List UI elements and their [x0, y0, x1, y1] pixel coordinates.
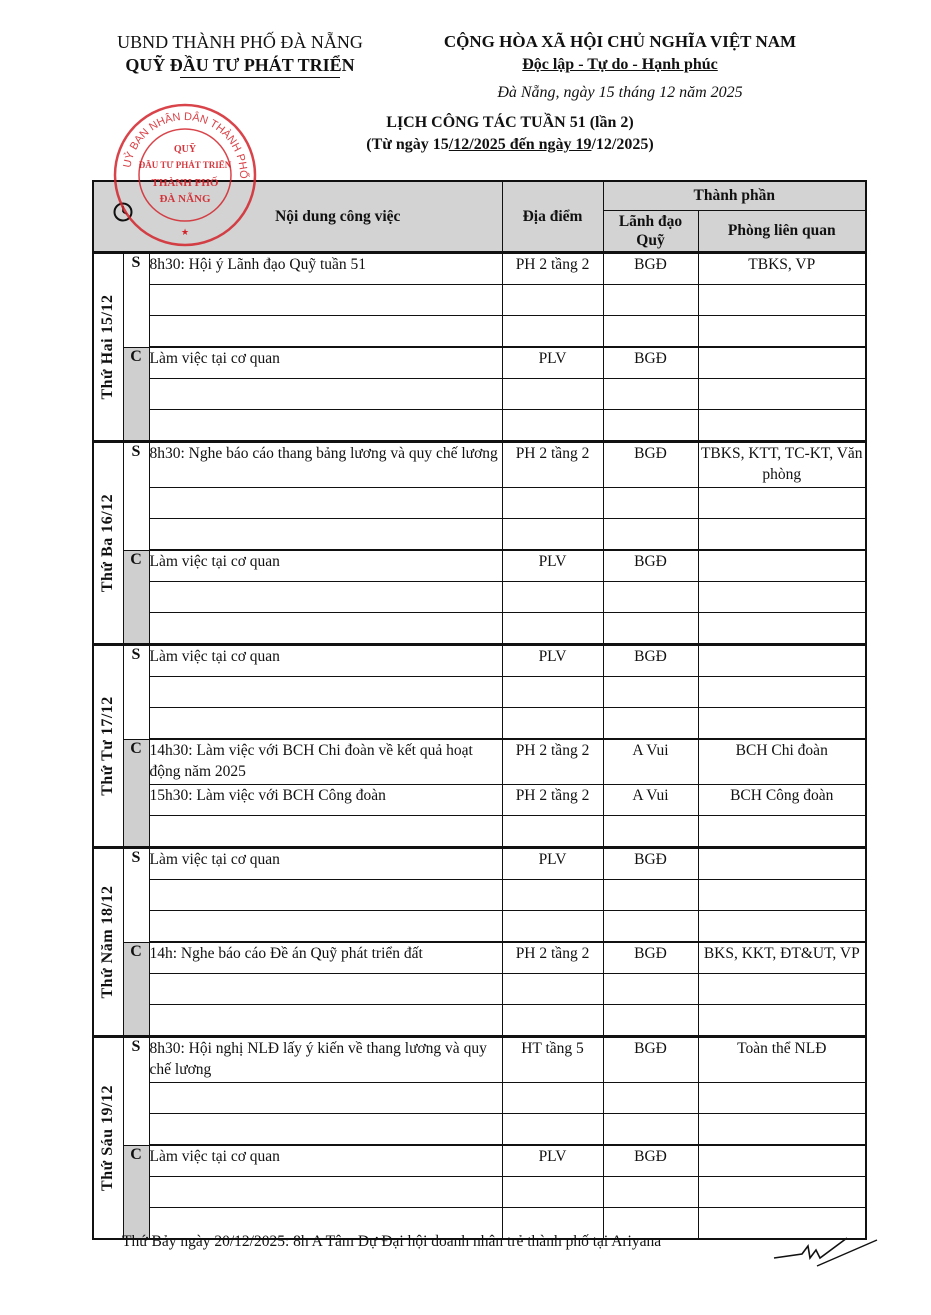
session-morning: S	[123, 848, 149, 943]
task-leader: A Vui	[603, 739, 698, 785]
table-row: Thứ Tư 17/12SLàm việc tại cơ quanPLVBGĐ	[93, 645, 866, 677]
task-content: Làm việc tại cơ quan	[149, 1145, 502, 1177]
saturday-note: Thứ Bảy ngày 20/12/2025: 8h A Tâm Dự Đại…	[122, 1233, 661, 1251]
task-leader: BGĐ	[603, 1037, 698, 1083]
org-underline	[180, 77, 340, 78]
table-row	[93, 1114, 866, 1146]
table-row	[93, 285, 866, 316]
task-related	[698, 613, 866, 645]
session-morning: S	[123, 442, 149, 551]
table-row	[93, 613, 866, 645]
task-content: Làm việc tại cơ quan	[149, 550, 502, 582]
org-name: QUỸ ĐẦU TƯ PHÁT TRIỂN	[60, 54, 420, 76]
task-location	[502, 379, 603, 410]
national-title: CỘNG HÒA XÃ HỘI CHỦ NGHĨA VIỆT NAM	[420, 30, 820, 54]
table-row	[93, 582, 866, 613]
task-related	[698, 911, 866, 943]
table-row: Thứ Sáu 19/12S8h30: Hội nghị NLĐ lấy ý k…	[93, 1037, 866, 1083]
task-related	[698, 582, 866, 613]
task-content: 14h: Nghe báo cáo Đề án Quỹ phát triển đ…	[149, 942, 502, 974]
svg-text:UỶ BAN NHÂN DÂN THÀNH PHỐ ĐÀ N: UỶ BAN NHÂN DÂN THÀNH PHỐ ĐÀ NẴNG	[110, 100, 251, 179]
task-related: Toàn thể NLĐ	[698, 1037, 866, 1083]
task-location	[502, 677, 603, 708]
task-location: HT tầng 5	[502, 1037, 603, 1083]
task-leader	[603, 582, 698, 613]
header-content: Nội dung công việc	[93, 181, 502, 253]
table-row	[93, 1177, 866, 1208]
table-row	[93, 379, 866, 410]
table-row: 15h30: Làm việc với BCH Công đoànPH 2 tầ…	[93, 785, 866, 816]
parent-org: UBND THÀNH PHỐ ĐÀ NẴNG	[60, 30, 420, 54]
table-row: C14h30: Làm việc với BCH Chi đoàn về kết…	[93, 739, 866, 785]
header-leader: Lãnh đạo Quỹ	[603, 211, 698, 253]
session-afternoon: C	[123, 942, 149, 1037]
table-row	[93, 911, 866, 943]
header-location: Địa điểm	[502, 181, 603, 253]
task-content: 8h30: Nghe báo cáo thang bảng lương và q…	[149, 442, 502, 488]
task-related: BCH Chi đoàn	[698, 739, 866, 785]
task-leader: BGĐ	[603, 442, 698, 488]
task-leader	[603, 911, 698, 943]
task-location	[502, 613, 603, 645]
task-location	[502, 1177, 603, 1208]
task-leader: BGĐ	[603, 848, 698, 880]
session-afternoon: C	[123, 739, 149, 848]
table-row: CLàm việc tại cơ quanPLVBGĐ	[93, 550, 866, 582]
place-date: Đà Nẵng, ngày 15 tháng 12 năm 2025	[420, 80, 820, 106]
task-content	[149, 1083, 502, 1114]
task-leader: BGĐ	[603, 1145, 698, 1177]
day-label: Thứ Ba 16/12	[93, 442, 123, 645]
table-row: C14h: Nghe báo cáo Đề án Quỹ phát triển …	[93, 942, 866, 974]
task-related	[698, 488, 866, 519]
task-location: PLV	[502, 645, 603, 677]
task-location	[502, 880, 603, 911]
task-content: 8h30: Hội nghị NLĐ lấy ý kiến về thang l…	[149, 1037, 502, 1083]
task-related	[698, 379, 866, 410]
task-leader	[603, 708, 698, 740]
task-content	[149, 1005, 502, 1037]
task-location: PLV	[502, 848, 603, 880]
task-location	[502, 974, 603, 1005]
document-title: LỊCH CÔNG TÁC TUẦN 51 (lần 2) (Từ ngày 1…	[260, 112, 760, 156]
task-location	[502, 911, 603, 943]
task-content	[149, 410, 502, 442]
task-location: PLV	[502, 347, 603, 379]
task-leader	[603, 974, 698, 1005]
task-leader	[603, 316, 698, 348]
task-location: PH 2 tầng 2	[502, 739, 603, 785]
task-content	[149, 379, 502, 410]
task-location: PH 2 tầng 2	[502, 942, 603, 974]
task-location	[502, 488, 603, 519]
task-location	[502, 582, 603, 613]
table-row	[93, 677, 866, 708]
session-morning: S	[123, 253, 149, 348]
table-row: Thứ Hai 15/12S8h30: Hội ý Lãnh đạo Quỹ t…	[93, 253, 866, 285]
task-location: PH 2 tầng 2	[502, 785, 603, 816]
task-related	[698, 285, 866, 316]
task-content	[149, 613, 502, 645]
task-leader: BGĐ	[603, 645, 698, 677]
task-content	[149, 285, 502, 316]
task-related: TBKS, VP	[698, 253, 866, 285]
task-leader	[603, 1083, 698, 1114]
task-leader: A Vui	[603, 785, 698, 816]
task-related	[698, 1083, 866, 1114]
table-row	[93, 316, 866, 348]
task-related	[698, 880, 866, 911]
session-afternoon: C	[123, 1145, 149, 1239]
task-leader	[603, 677, 698, 708]
task-location	[502, 1005, 603, 1037]
task-related	[698, 519, 866, 551]
task-content	[149, 677, 502, 708]
table-row	[93, 1083, 866, 1114]
task-content: 15h30: Làm việc với BCH Công đoàn	[149, 785, 502, 816]
task-location: PLV	[502, 1145, 603, 1177]
task-content	[149, 816, 502, 848]
table-row	[93, 816, 866, 848]
task-leader	[603, 1114, 698, 1146]
schedule-table: Nội dung công việc Địa điểm Thành phần L…	[92, 180, 867, 1240]
task-content: Làm việc tại cơ quan	[149, 645, 502, 677]
schedule-range: (Từ ngày 15/12/2025 đến ngày 19/12/2025)	[260, 134, 760, 156]
task-content	[149, 974, 502, 1005]
session-morning: S	[123, 1037, 149, 1146]
national-motto: Độc lập - Tự do - Hạnh phúc	[420, 54, 820, 76]
task-location	[502, 410, 603, 442]
task-related: TBKS, KTT, TC-KT, Văn phòng	[698, 442, 866, 488]
table-row	[93, 410, 866, 442]
table-row	[93, 974, 866, 1005]
task-location	[502, 1083, 603, 1114]
task-related	[698, 677, 866, 708]
task-leader	[603, 488, 698, 519]
task-related: BKS, KKT, ĐT&UT, VP	[698, 942, 866, 974]
day-label: Thứ Hai 15/12	[93, 253, 123, 442]
task-related: BCH Công đoàn	[698, 785, 866, 816]
task-location	[502, 1114, 603, 1146]
task-leader	[603, 379, 698, 410]
table-row	[93, 488, 866, 519]
task-content	[149, 582, 502, 613]
day-label: Thứ Sáu 19/12	[93, 1037, 123, 1240]
national-header: CỘNG HÒA XÃ HỘI CHỦ NGHĨA VIỆT NAM Độc l…	[420, 30, 820, 106]
task-leader	[603, 519, 698, 551]
task-location	[502, 519, 603, 551]
task-location: PH 2 tầng 2	[502, 442, 603, 488]
task-related	[698, 708, 866, 740]
svg-text:ĐẦU TƯ PHÁT TRIỂN: ĐẦU TƯ PHÁT TRIỂN	[139, 160, 232, 170]
table-row	[93, 519, 866, 551]
table-row	[93, 1005, 866, 1037]
task-content	[149, 519, 502, 551]
table-row: Thứ Ba 16/12S8h30: Nghe báo cáo thang bả…	[93, 442, 866, 488]
task-location	[502, 816, 603, 848]
task-content	[149, 880, 502, 911]
task-related	[698, 1114, 866, 1146]
table-row: Thứ Năm 18/12SLàm việc tại cơ quanPLVBGĐ	[93, 848, 866, 880]
task-location: PLV	[502, 550, 603, 582]
task-leader: BGĐ	[603, 347, 698, 379]
task-leader: BGĐ	[603, 942, 698, 974]
task-related	[698, 410, 866, 442]
task-related	[698, 1005, 866, 1037]
table-row	[93, 708, 866, 740]
task-related	[698, 974, 866, 1005]
task-related	[698, 550, 866, 582]
task-leader	[603, 816, 698, 848]
header-related: Phòng liên quan	[698, 211, 866, 253]
day-label: Thứ Tư 17/12	[93, 645, 123, 848]
schedule-title: LỊCH CÔNG TÁC TUẦN 51 (lần 2)	[260, 112, 760, 134]
task-content	[149, 488, 502, 519]
session-afternoon: C	[123, 347, 149, 442]
task-related	[698, 347, 866, 379]
task-content	[149, 1177, 502, 1208]
task-leader	[603, 1177, 698, 1208]
task-related	[698, 316, 866, 348]
task-content	[149, 708, 502, 740]
task-content: Làm việc tại cơ quan	[149, 848, 502, 880]
task-location	[502, 285, 603, 316]
task-leader: BGĐ	[603, 253, 698, 285]
org-header: UBND THÀNH PHỐ ĐÀ NẴNG QUỸ ĐẦU TƯ PHÁT T…	[60, 30, 420, 78]
task-related	[698, 848, 866, 880]
task-content	[149, 316, 502, 348]
task-location	[502, 316, 603, 348]
task-content: 14h30: Làm việc với BCH Chi đoàn về kết …	[149, 739, 502, 785]
task-leader	[603, 285, 698, 316]
task-related	[698, 816, 866, 848]
session-morning: S	[123, 645, 149, 740]
task-leader: BGĐ	[603, 550, 698, 582]
signature	[772, 1228, 882, 1268]
task-location	[502, 708, 603, 740]
svg-text:QUỸ: QUỸ	[174, 143, 197, 155]
clock-icon	[113, 202, 133, 222]
task-leader	[603, 613, 698, 645]
task-leader	[603, 1005, 698, 1037]
table-row: CLàm việc tại cơ quanPLVBGĐ	[93, 347, 866, 379]
header-participants: Thành phần	[603, 181, 866, 211]
day-label: Thứ Năm 18/12	[93, 848, 123, 1037]
task-content: Làm việc tại cơ quan	[149, 347, 502, 379]
session-afternoon: C	[123, 550, 149, 645]
task-related	[698, 645, 866, 677]
task-content	[149, 911, 502, 943]
task-content: 8h30: Hội ý Lãnh đạo Quỹ tuần 51	[149, 253, 502, 285]
table-row	[93, 880, 866, 911]
task-related	[698, 1177, 866, 1208]
task-leader	[603, 880, 698, 911]
table-row: CLàm việc tại cơ quanPLVBGĐ	[93, 1145, 866, 1177]
task-leader	[603, 410, 698, 442]
task-content	[149, 1114, 502, 1146]
task-location: PH 2 tầng 2	[502, 253, 603, 285]
task-related	[698, 1145, 866, 1177]
